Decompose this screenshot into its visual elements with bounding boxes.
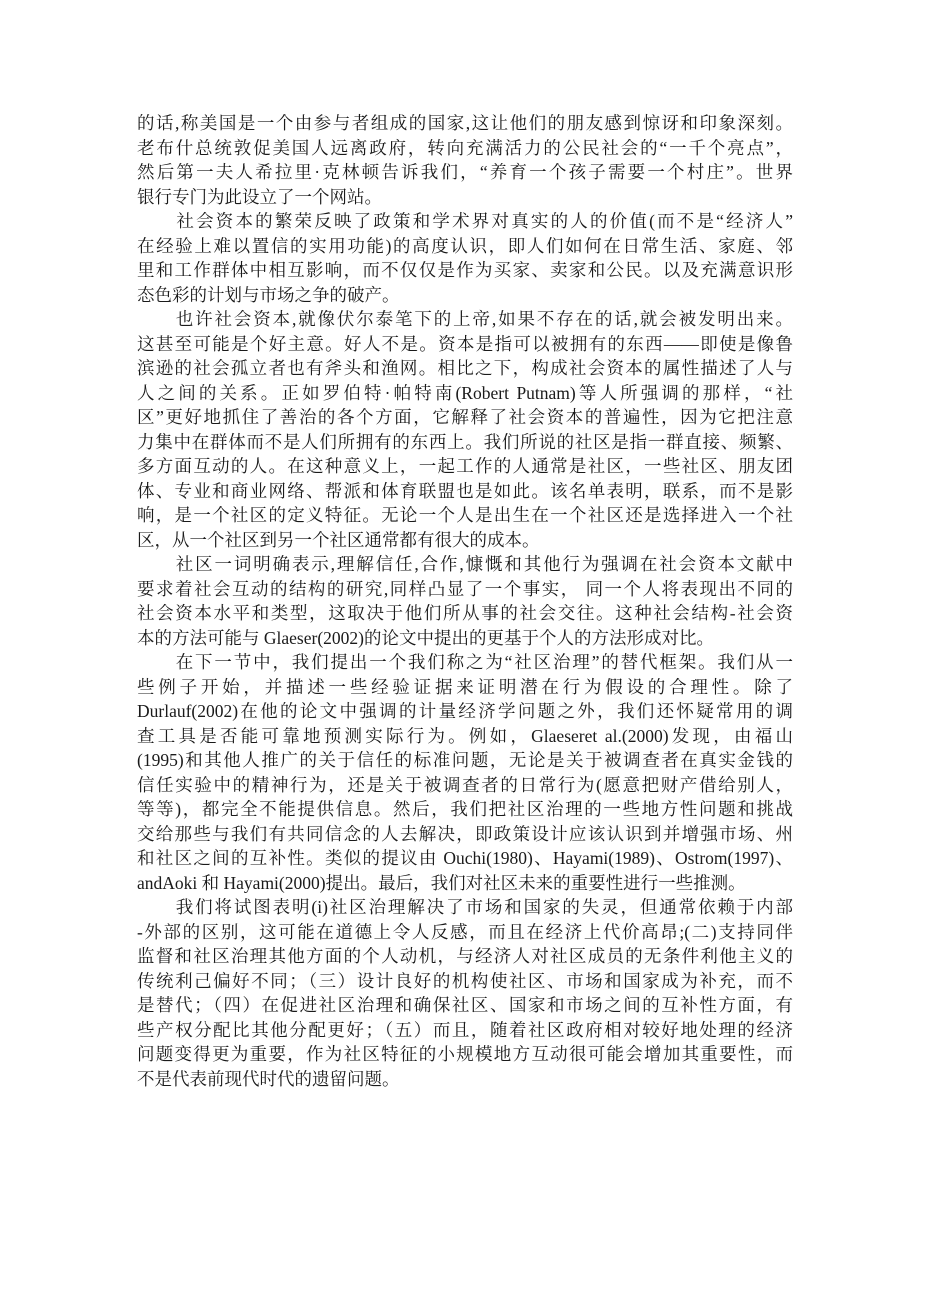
text-line: 里和工作群体中相互影响，而不仅仅是作为买家、卖家和公民。以及充满意识形	[137, 258, 793, 283]
text-line: 银行专门为此设立了一个网站。	[137, 185, 793, 210]
text-line: 本的方法可能与 Glaeser(2002)的论文中提出的更基于个人的方法形成对比…	[137, 626, 793, 651]
text-line: 区，从一个社区到另一个社区通常都有很大的成本。	[137, 528, 793, 553]
text-line: 社会资本的繁荣反映了政策和学术界对真实的人的价值(而不是“经济人”	[137, 209, 793, 234]
text-paragraph: 社会资本的繁荣反映了政策和学术界对真实的人的价值(而不是“经济人”在经验上难以置…	[137, 209, 793, 307]
text-line: 社区一词明确表示,理解信任,合作,慷慨和其他行为强调在社会资本文献中	[137, 552, 793, 577]
text-line: 力集中在群体而不是人们所拥有的东西上。我们所说的社区是指一群直接、频繁、	[137, 430, 793, 455]
text-paragraph: 也许社会资本,就像伏尔泰笔下的上帝,如果不存在的话,就会被发明出来。这甚至可能是…	[137, 307, 793, 552]
text-line: 些产权分配比其他分配更好；（五）而且，随着社区政府相对较好地处理的经济	[137, 1018, 793, 1043]
text-line: andAoki 和 Hayami(2000)提出。最后，我们对社区未来的重要性进…	[137, 871, 793, 896]
text-line: 等等)，都完全不能提供信息。然后，我们把社区治理的一些地方性问题和挑战	[137, 797, 793, 822]
text-paragraph: 的话,称美国是一个由参与者组成的国家,这让他们的朋友感到惊讶和印象深刻。老布什总…	[137, 111, 793, 209]
text-line: 在经验上难以置信的实用功能)的高度认识，即人们如何在日常生活、家庭、邻	[137, 234, 793, 259]
text-line: 响，是一个社区的定义特征。无论一个人是出生在一个社区还是选择进入一个社	[137, 503, 793, 528]
text-line: 些例子开始，并描述一些经验证据来证明潜在行为假设的合理性。除了	[137, 675, 793, 700]
text-paragraph: 我们将试图表明(i)社区治理解决了市场和国家的失灵，但通常依赖于内部-外部的区别…	[137, 895, 793, 1091]
text-line: 老布什总统敦促美国人远离政府，转向充满活力的公民社会的“一千个亮点”，	[137, 136, 793, 161]
text-line: 我们将试图表明(i)社区治理解决了市场和国家的失灵，但通常依赖于内部	[137, 895, 793, 920]
text-line: 监督和社区治理其他方面的个人动机，与经济人对社区成员的无条件利他主义的	[137, 944, 793, 969]
text-line: 在下一节中，我们提出一个我们称之为“社区治理”的替代框架。我们从一	[137, 650, 793, 675]
text-line: 问题变得更为重要，作为社区特征的小规模地方互动很可能会增加其重要性，而	[137, 1042, 793, 1067]
text-line: Durlauf(2002)在他的论文中强调的计量经济学问题之外，我们还怀疑常用的…	[137, 699, 793, 724]
text-line: 社会资本水平和类型，这取决于他们所从事的社会交往。这种社会结构-社会资	[137, 601, 793, 626]
text-paragraph: 在下一节中，我们提出一个我们称之为“社区治理”的替代框架。我们从一些例子开始，并…	[137, 650, 793, 895]
text-line: 不是代表前现代时代的遗留问题。	[137, 1067, 793, 1092]
text-line: 滨逊的社会孤立者也有斧头和渔网。相比之下，构成社会资本的属性描述了人与	[137, 356, 793, 381]
text-line: 查工具是否能可靠地预测实际行为。例如，Glaeseret al.(2000)发现…	[137, 724, 793, 749]
text-line: 信任实验中的精神行为，还是关于被调查者的日常行为(愿意把财产借给别人，	[137, 773, 793, 798]
document-body: 的话,称美国是一个由参与者组成的国家,这让他们的朋友感到惊讶和印象深刻。老布什总…	[137, 111, 793, 1091]
text-line: 交给那些与我们有共同信念的人去解决，即政策设计应该认识到并增强市场、州	[137, 822, 793, 847]
text-line: 要求着社会互动的结构的研究,同样凸显了一个事实， 同一个人将表现出不同的	[137, 577, 793, 602]
text-line: 的话,称美国是一个由参与者组成的国家,这让他们的朋友感到惊讶和印象深刻。	[137, 111, 793, 136]
text-line: 这甚至可能是个好主意。好人不是。资本是指可以被拥有的东西——即使是像鲁	[137, 332, 793, 357]
text-line: 也许社会资本,就像伏尔泰笔下的上帝,如果不存在的话,就会被发明出来。	[137, 307, 793, 332]
text-line: 人之间的关系。正如罗伯特·帕特南(Robert Putnam)等人所强调的那样，…	[137, 381, 793, 406]
text-line: 传统利己偏好不同；（三）设计良好的机构使社区、市场和国家成为补充，而不	[137, 969, 793, 994]
text-line: (1995)和其他人推广的关于信任的标准问题，无论是关于被调查者在真实金钱的	[137, 748, 793, 773]
text-line: 态色彩的计划与市场之争的破产。	[137, 283, 793, 308]
text-line: -外部的区别，这可能在道德上令人反感，而且在经济上代价高昂;(二)支持同伴	[137, 920, 793, 945]
text-line: 体、专业和商业网络、帮派和体育联盟也是如此。该名单表明，联系，而不是影	[137, 479, 793, 504]
text-paragraph: 社区一词明确表示,理解信任,合作,慷慨和其他行为强调在社会资本文献中要求着社会互…	[137, 552, 793, 650]
document-page: 的话,称美国是一个由参与者组成的国家,这让他们的朋友感到惊讶和印象深刻。老布什总…	[0, 0, 926, 1309]
text-line: 多方面互动的人。在这种意义上，一起工作的人通常是社区，一些社区、朋友团	[137, 454, 793, 479]
text-line: 然后第一夫人希拉里·克林顿告诉我们，“养育一个孩子需要一个村庄”。世界	[137, 160, 793, 185]
text-line: 是替代；（四）在促进社区治理和确保社区、国家和市场之间的互补性方面，有	[137, 993, 793, 1018]
text-line: 区”更好地抓住了善治的各个方面，它解释了社会资本的普遍性，因为它把注意	[137, 405, 793, 430]
text-line: 和社区之间的互补性。类似的提议由 Ouchi(1980)、Hayami(1989…	[137, 846, 793, 871]
